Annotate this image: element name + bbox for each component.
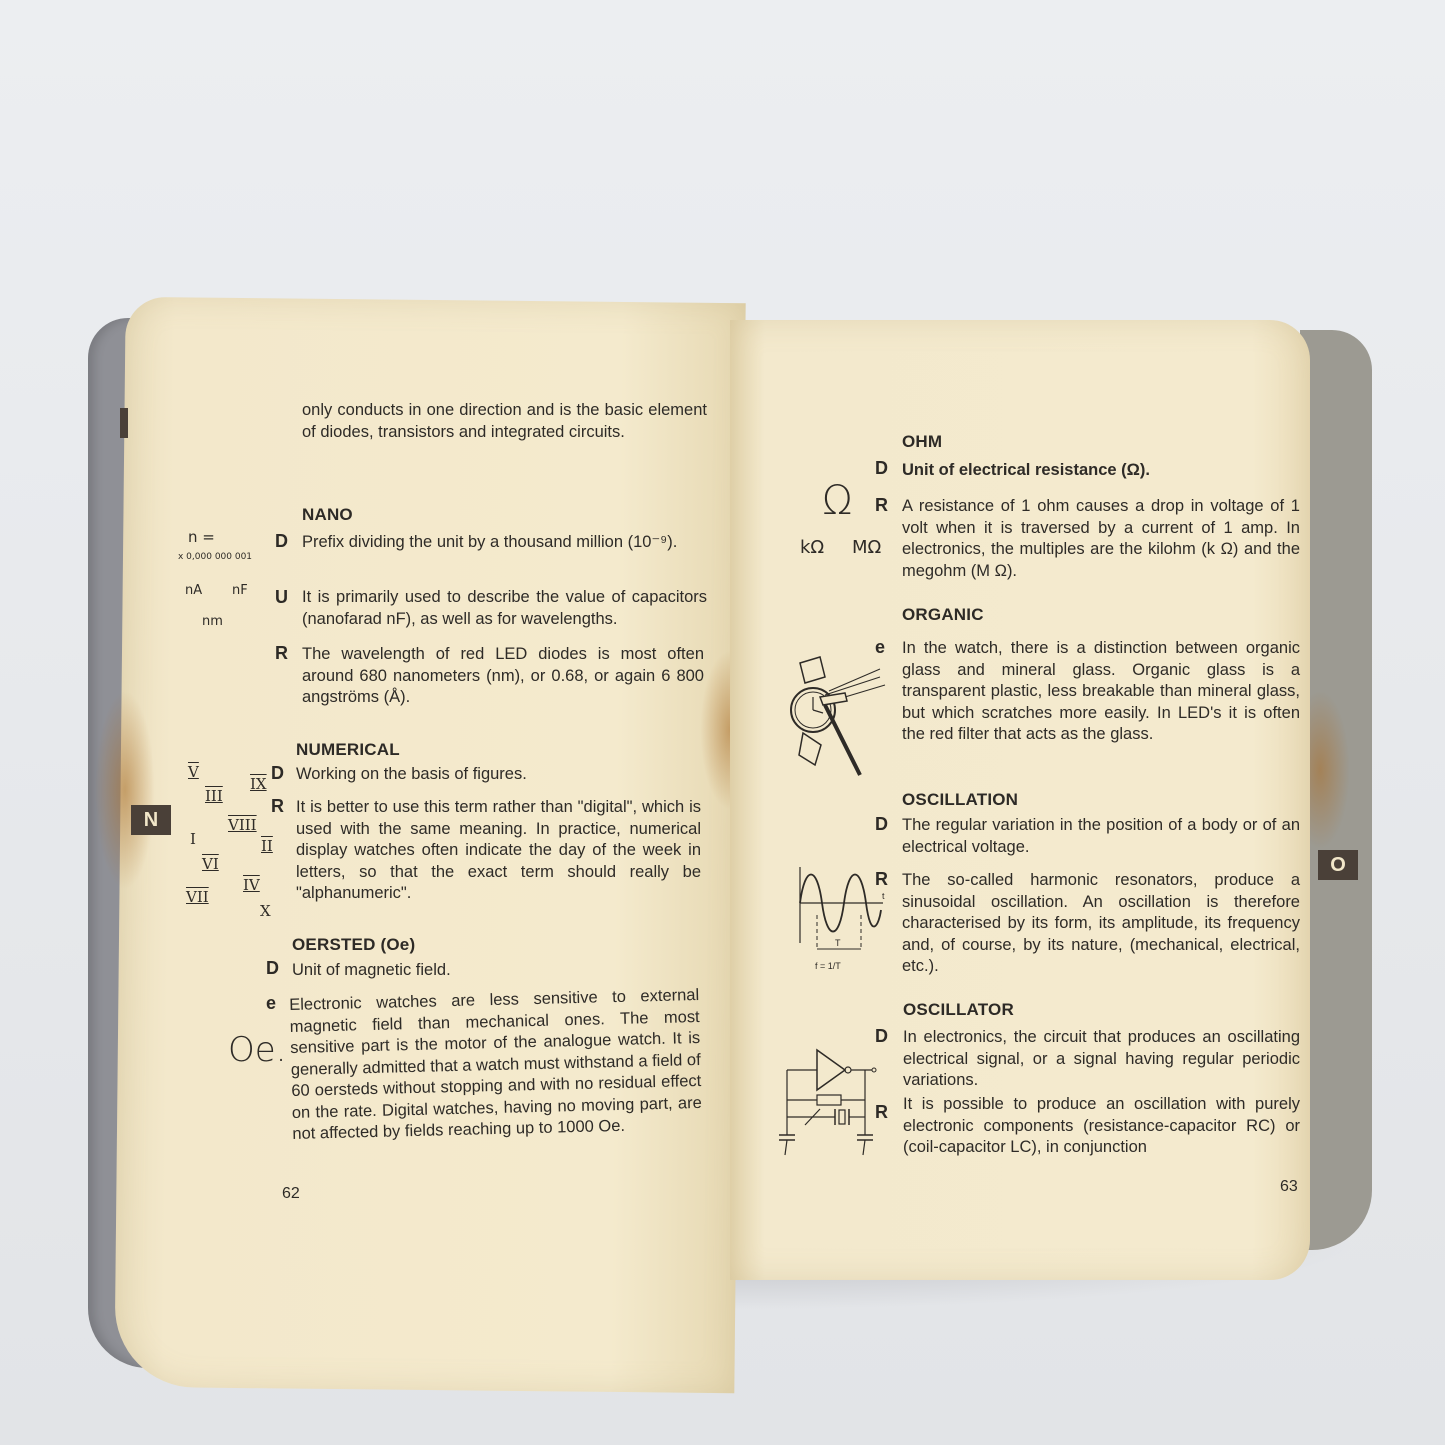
tab-edge [120, 408, 128, 438]
oscillation-remark: The so-called harmonic resonators, produ… [902, 870, 1300, 978]
oersted-symbol: Oe. [228, 1030, 287, 1070]
marker-r: R [875, 869, 888, 890]
numerical-definition: Working on the basis of figures. [296, 764, 698, 786]
entry-term-ohm: OHM [902, 432, 942, 452]
period-label: T [835, 938, 841, 948]
ohm-definition: Unit of electrical resistance (Ω). [902, 460, 1302, 482]
marker-r: R [875, 1102, 888, 1123]
entry-term-nano: NANO [302, 505, 353, 525]
entry-term-oersted: OERSTED (Oe) [292, 935, 415, 955]
roman-numeral: VII [186, 888, 209, 906]
marker-d: D [266, 958, 279, 979]
marker-d: D [875, 458, 888, 479]
nano-symbol: n = [188, 528, 215, 546]
entry-term-numerical: NUMERICAL [296, 740, 400, 760]
oersted-remark: Electronic watches are less sensitive to… [289, 985, 703, 1145]
stain [95, 690, 155, 890]
entry-term-oscillator: OSCILLATOR [903, 1000, 1014, 1020]
roman-numeral: III [205, 787, 223, 805]
marker-r: R [875, 495, 888, 516]
oscillator-remark: It is possible to produce an oscillation… [903, 1094, 1300, 1159]
nano-remark: The wavelength of red LED diodes is most… [302, 644, 704, 709]
marker-u: U [275, 587, 288, 608]
numerical-remark: It is better to use this term rather tha… [296, 797, 701, 905]
omega-symbol: Ω [822, 478, 853, 524]
page-number-left: 62 [282, 1185, 300, 1203]
oscillator-definition: In electronics, the circuit that produce… [903, 1027, 1300, 1092]
oscillation-definition: The regular variation in the position of… [902, 815, 1300, 858]
roman-numeral: V [188, 763, 199, 781]
nano-usage: It is primarily used to describe the val… [302, 587, 707, 630]
roman-numeral: IX [250, 775, 267, 793]
entry-term-organic: ORGANIC [902, 605, 984, 625]
marker-d: D [875, 1026, 888, 1047]
watch-glass-icon [785, 655, 895, 780]
megohm-symbol: MΩ [852, 537, 881, 558]
roman-numeral: X [260, 902, 271, 920]
marker-r: R [275, 643, 288, 664]
ohm-remark: A resistance of 1 ohm causes a drop in v… [902, 496, 1300, 582]
frequency-formula: f = 1/T [815, 961, 841, 971]
roman-numeral: I [190, 830, 196, 848]
section-tab-o: O [1318, 850, 1358, 880]
oscillator-circuit-diagram [775, 1045, 885, 1165]
axis-t-label: t [882, 891, 885, 901]
nano-nm: nm [202, 614, 223, 629]
marker-d: D [271, 763, 284, 784]
marker-e: e [266, 993, 276, 1014]
roman-numeral: VIII [228, 816, 257, 834]
section-tab-n: N [131, 805, 171, 835]
continuation-paragraph: only conducts in one direction and is th… [302, 401, 707, 441]
marker-r: R [271, 796, 284, 817]
nano-factor: x 0,000 000 001 [178, 552, 252, 562]
nano-definition: Prefix dividing the unit by a thousand m… [302, 532, 704, 554]
roman-numeral: VI [202, 855, 219, 873]
entry-term-oscillation: OSCILLATION [902, 790, 1018, 810]
nano-nf: nF [232, 583, 248, 598]
organic-remark: In the watch, there is a distinction bet… [902, 638, 1300, 746]
nano-na: nA [185, 583, 202, 598]
kilohm-symbol: kΩ [800, 537, 824, 558]
page-number-right: 63 [1280, 1178, 1298, 1196]
continuation-text: only conducts in one direction and is th… [302, 400, 707, 443]
marker-d: D [275, 531, 288, 552]
roman-numeral: IV [243, 876, 260, 894]
roman-numeral: II [261, 837, 273, 855]
marker-e: e [875, 637, 885, 658]
oersted-definition: Unit of magnetic field. [292, 960, 692, 982]
marker-d: D [875, 814, 888, 835]
